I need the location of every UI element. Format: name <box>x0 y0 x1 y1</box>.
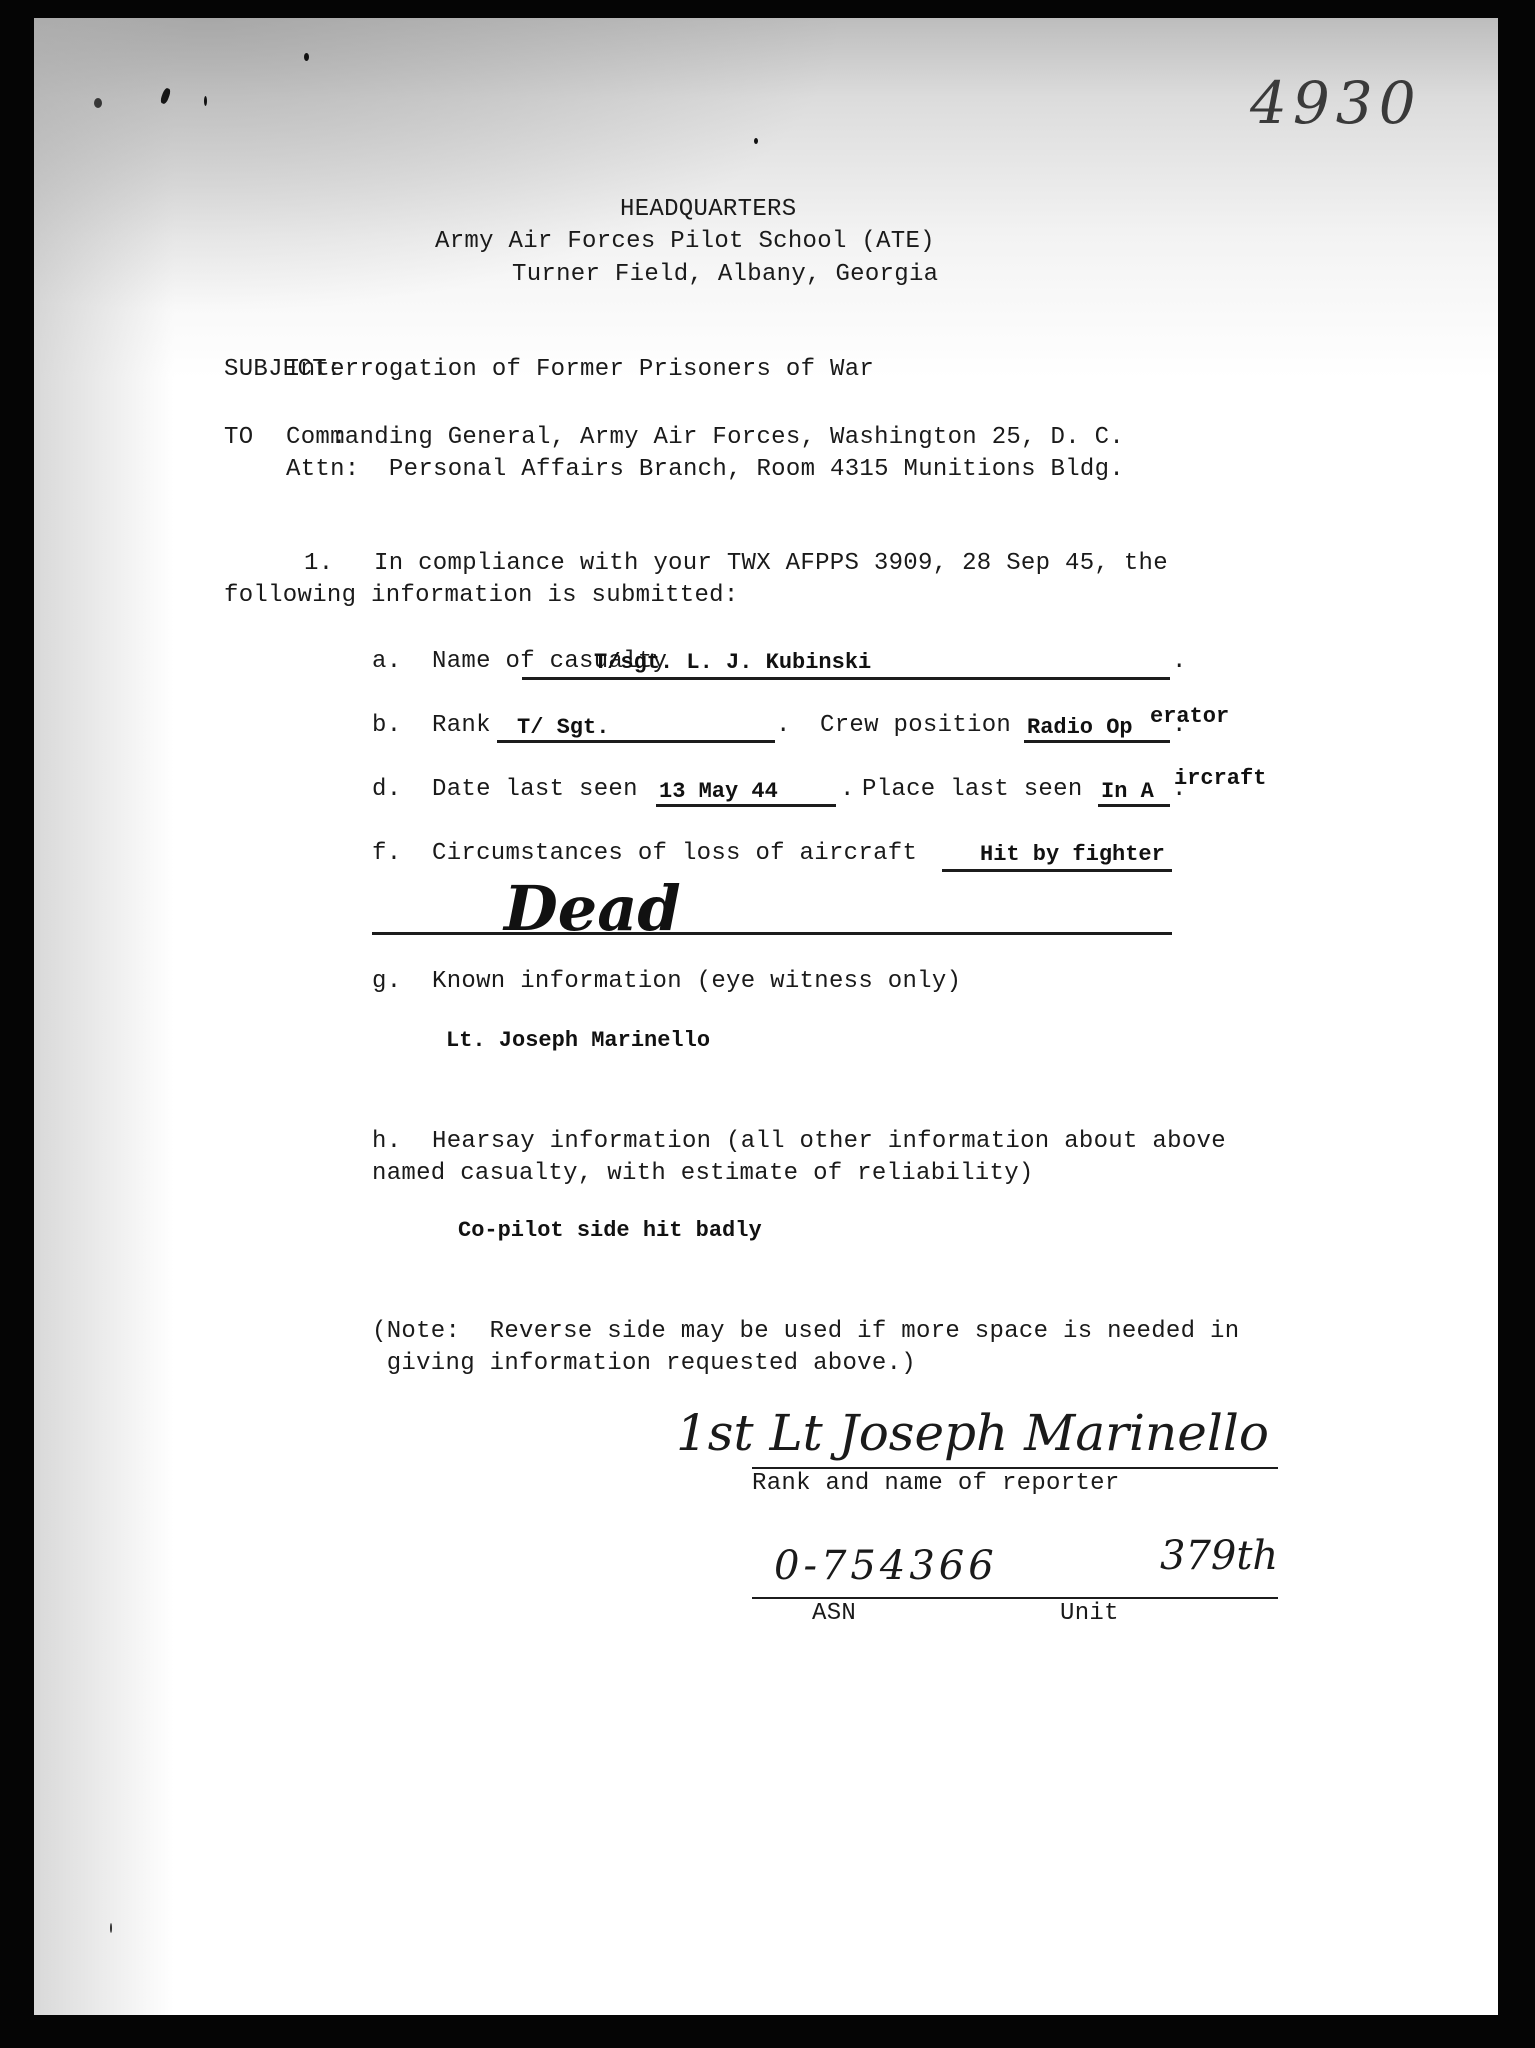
punctuation: . <box>840 778 855 802</box>
item-h-label-line2: named casualty, with estimate of reliabi… <box>372 1162 1034 1186</box>
place-last-seen-field-part1: In A <box>1101 781 1154 803</box>
circumstances-second-line <box>372 932 1172 935</box>
dust-mark <box>304 53 309 61</box>
place-last-seen-field-part2: ircraft <box>1174 768 1266 790</box>
subject-value: Interrogation of Former Prisoners of War <box>286 358 874 382</box>
item-d-marker: d. <box>372 778 401 802</box>
file-number: 4930 <box>1250 74 1422 132</box>
dust-mark <box>754 138 758 144</box>
letterhead-headquarters: HEADQUARTERS <box>620 198 796 222</box>
casualty-name-field: T/sgt. L. J. Kubinski <box>594 652 871 674</box>
dust-mark <box>94 98 102 108</box>
item-a-marker: a. <box>372 650 401 674</box>
item-f-marker: f. <box>372 842 401 866</box>
punctuation: . <box>1172 650 1187 674</box>
item-b-marker: b. <box>372 714 401 738</box>
signature-underline <box>752 1467 1278 1469</box>
rank-field: T/ Sgt. <box>517 717 609 739</box>
date-last-seen-underline <box>656 804 836 807</box>
asn-value: 0-754366 <box>774 1546 998 1586</box>
crew-position-field-part2: erator <box>1150 706 1229 728</box>
item-d-place-label: Place last seen <box>862 778 1083 802</box>
dust-mark <box>159 87 171 104</box>
place-last-seen-underline <box>1098 804 1170 807</box>
casualty-name-underline <box>522 677 1170 680</box>
unit-label: Unit <box>1060 1602 1119 1626</box>
reporter-signature: 1st Lt Joseph Marinello <box>676 1408 1269 1458</box>
letterhead-location: Turner Field, Albany, Georgia <box>512 263 938 287</box>
paragraph-number: 1. <box>304 552 333 576</box>
crew-position-field-part1: Radio Op <box>1027 717 1133 739</box>
to-label: TO <box>224 426 253 450</box>
paragraph-line1: In compliance with your TWX AFPPS 3909, … <box>374 552 1168 576</box>
punctuation: . <box>1172 778 1187 802</box>
punctuation: . <box>776 714 791 738</box>
asn-label: ASN <box>812 1602 856 1626</box>
date-last-seen-field: 13 May 44 <box>659 781 778 803</box>
item-d-date-label: Date last seen <box>432 778 638 802</box>
eyewitness-field: Lt. Joseph Marinello <box>446 1030 710 1052</box>
punctuation: . <box>1172 714 1187 738</box>
item-f-label: Circumstances of loss of aircraft <box>432 842 917 866</box>
note-line2: giving information requested above.) <box>372 1352 916 1376</box>
handwritten-dead-note: Dead <box>504 878 681 940</box>
note-line1: (Note: Reverse side may be used if more … <box>372 1320 1239 1344</box>
circumstances-field: Hit by fighter <box>980 844 1165 866</box>
unit-value: 379th <box>1160 1536 1278 1576</box>
crew-position-underline <box>1024 740 1170 743</box>
dust-mark <box>110 1923 112 1933</box>
letterhead-school: Army Air Forces Pilot School (ATE) <box>435 230 935 254</box>
signature-caption: Rank and name of reporter <box>752 1472 1120 1496</box>
item-b-crew-label: Crew position <box>820 714 1011 738</box>
document-page: 4930 HEADQUARTERS Army Air Forces Pilot … <box>34 18 1498 2015</box>
item-g-marker: g. <box>372 970 401 994</box>
to-addressee: Commanding General, Army Air Forces, Was… <box>286 426 1124 450</box>
item-h-label-line1: Hearsay information (all other informati… <box>432 1130 1226 1154</box>
to-attention: Attn: Personal Affairs Branch, Room 4315… <box>286 458 1124 482</box>
hearsay-field: Co-pilot side hit badly <box>458 1220 762 1242</box>
circumstances-underline <box>942 869 1172 872</box>
item-h-marker: h. <box>372 1130 401 1154</box>
item-b-rank-label: Rank <box>432 714 491 738</box>
asn-unit-underline <box>752 1597 1278 1599</box>
paragraph-line2: following information is submitted: <box>224 584 739 608</box>
dust-mark <box>204 96 207 106</box>
rank-underline <box>497 740 775 743</box>
item-g-label: Known information (eye witness only) <box>432 970 961 994</box>
